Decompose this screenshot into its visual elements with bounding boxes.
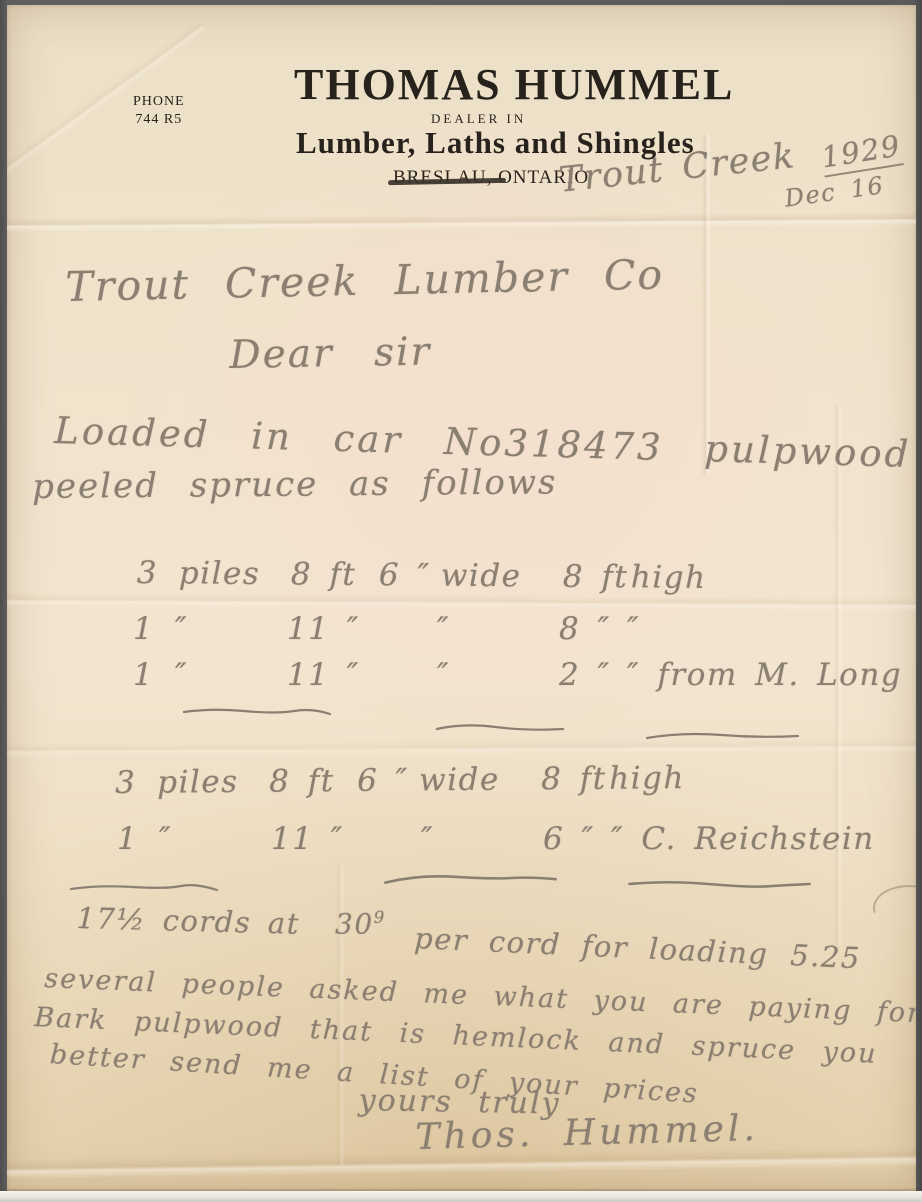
pile-list-row: 3 piles 8 ft 6 ″ wide 8 ft high [137,555,707,596]
pencil-underline [182,705,332,717]
pile-cell: 6 ″ [543,821,611,857]
dateline-date: Dec 16 [783,171,886,213]
pile-list-row: 1 ″ 11 ″ ″ 8 ″ ″ [133,611,640,647]
pencil-underline [645,729,800,741]
pencil-mark [873,885,916,931]
pile-cell: ″ [437,657,559,693]
pile-cell: 8 ft [541,761,609,798]
pile-cell: 6 ″ [357,762,419,799]
pencil-underline [69,881,219,893]
pile-cell: 11 ″ [287,657,375,693]
pile-cell: ″ [159,821,271,857]
pile-cell: wide [441,558,563,595]
letterhead-phone: PHONE 744 R5 [133,93,185,129]
scanner-bed-strip [0,1191,922,1202]
recipient-line: Trout Creek Lumber Co [65,250,664,311]
tally-amount: 5.25 [790,938,862,975]
pencil-underline [435,721,565,733]
salutation-line: Dear sir [229,329,432,378]
pile-cell: 11 ″ [271,821,359,857]
pile-cell: ″ [437,611,559,647]
letter-paper: PHONE 744 R5 THOMAS HUMMEL DEALER IN Lum… [7,5,916,1191]
pile-cell: high [609,760,685,797]
pencil-underline [383,871,558,885]
letterhead-name: THOMAS HUMMEL [294,59,734,110]
pile-cell: 8 ″ [559,611,627,647]
phone-number: 744 R5 [133,111,185,129]
pile-cell: 3 [137,555,179,591]
pencil-underline [627,877,812,891]
fold-crease [701,135,711,475]
pile-cell: 1 [117,821,159,857]
pile-cell [375,657,437,693]
pile-cell: ″ C. Reichstein [611,821,875,857]
tally-rest: per cord for loading5.25 [413,921,861,975]
pile-cell: ″ [175,611,287,647]
body-line: peeled spruce as follows [32,462,558,507]
pile-list-row: 1 ″ 11 ″ ″ 2 ″ ″ from M. Long [133,657,902,693]
pile-cell: ″ [175,657,287,693]
pile-cell: ″ from M. Long [627,657,902,693]
pile-cell: 8 ft [269,763,357,800]
pile-cell: ″ [421,821,543,857]
pile-cell: high [631,559,707,596]
pile-cell: piles [157,764,269,801]
fold-crease [7,739,916,758]
dateline-year: 1929 [819,129,903,175]
pile-cell: 6 ″ [379,557,441,594]
tally-rate-superscript: 9 [374,907,386,927]
tally-rate: 309 [335,907,386,940]
phone-label: PHONE [133,93,185,111]
fold-crease [7,593,916,612]
pile-cell: 1 [133,611,175,647]
pile-list-row: 3 piles 8 ft 6 ″ wide 8 ft high [115,760,685,801]
pile-cell: piles [179,555,291,592]
pile-cell: 8 ft [291,556,379,593]
pile-cell: 8 ft [563,559,631,596]
pile-cell [359,821,421,857]
pile-cell [375,611,437,647]
pile-list-row: 1 ″ 11 ″ ″ 6 ″ ″ C. Reichstein [117,821,875,857]
pile-cell: wide [419,761,541,798]
fold-crease [7,212,916,232]
scanned-letter: PHONE 744 R5 THOMAS HUMMEL DEALER IN Lum… [0,0,922,1202]
pile-cell: 11 ″ [287,611,375,647]
pile-cell: 1 [133,657,175,693]
signature: Thos. Hummel. [415,1108,759,1158]
tally-quantity: 17½ cords at [76,901,300,941]
pile-cell: 3 [115,765,157,801]
pile-cell: 2 ″ [559,657,627,693]
pile-cell: ″ [627,611,640,647]
